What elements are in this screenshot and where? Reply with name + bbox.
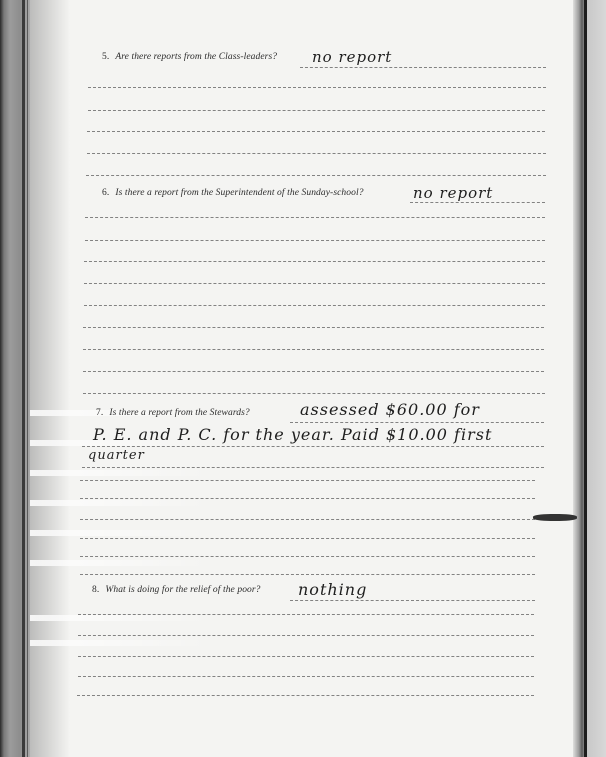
ruled-line xyxy=(410,202,545,203)
question-number: 6. xyxy=(102,188,109,198)
ruled-line xyxy=(84,261,545,262)
ruled-line xyxy=(80,519,535,520)
question-5: 5.Are there reports from the Class-leade… xyxy=(102,52,277,62)
ruled-line xyxy=(86,175,546,176)
binding-line xyxy=(22,0,25,757)
question-number: 5. xyxy=(102,52,109,62)
ruled-line xyxy=(88,87,546,88)
answer-7-line-2: P. E. and P. C. for the year. Paid $10.0… xyxy=(93,425,492,444)
page-fold-line xyxy=(584,0,587,757)
ruled-line xyxy=(80,574,535,575)
ruled-line xyxy=(290,422,544,423)
ruled-line xyxy=(80,498,535,499)
ruled-line xyxy=(77,695,534,696)
answer-7-line-1: assessed $60.00 for xyxy=(300,400,480,419)
answer-7-line-3: quarter xyxy=(88,448,145,463)
ruled-line xyxy=(78,635,534,636)
ruled-line xyxy=(83,349,544,350)
answer-6: no report xyxy=(413,184,493,202)
ruled-line xyxy=(83,327,544,328)
question-text: Are there reports from the Class-leaders… xyxy=(115,52,277,62)
ruled-line xyxy=(80,556,535,557)
scan-streak xyxy=(30,615,210,621)
ruled-line xyxy=(290,600,535,601)
ruled-line xyxy=(82,467,544,468)
ruled-line xyxy=(78,676,534,677)
ruled-line xyxy=(83,393,545,394)
ruled-line xyxy=(80,480,535,481)
answer-5: no report xyxy=(312,48,392,66)
ruled-line xyxy=(78,614,534,615)
question-7: 7.Is there a report from the Stewards? xyxy=(96,408,250,418)
ruled-line xyxy=(88,110,545,111)
question-number: 8. xyxy=(92,585,99,595)
scan-streak xyxy=(30,530,210,536)
ruled-line xyxy=(87,153,546,154)
ruled-line xyxy=(83,371,544,372)
question-text: What is doing for the relief of the poor… xyxy=(105,585,260,595)
page-edge-right xyxy=(573,0,606,757)
question-number: 7. xyxy=(96,408,103,418)
ink-blot xyxy=(533,514,577,521)
ruled-line xyxy=(84,305,545,306)
answer-8: nothing xyxy=(298,580,367,599)
ruled-line xyxy=(85,240,545,241)
scanned-page: 5.Are there reports from the Class-leade… xyxy=(0,0,606,757)
scan-streak xyxy=(30,640,210,646)
binding-edge-left xyxy=(0,0,30,757)
ruled-line xyxy=(87,131,545,132)
ruled-line xyxy=(78,656,534,657)
scan-streak xyxy=(30,560,210,566)
question-text: Is there a report from the Superintenden… xyxy=(115,188,363,198)
question-text: Is there a report from the Stewards? xyxy=(109,408,249,418)
scan-streak xyxy=(30,500,210,506)
ruled-line xyxy=(82,446,544,447)
binding-line-thin xyxy=(27,0,28,757)
ruled-line xyxy=(80,538,535,539)
question-8: 8.What is doing for the relief of the po… xyxy=(92,585,261,595)
question-6: 6.Is there a report from the Superintend… xyxy=(102,188,364,198)
ruled-line xyxy=(84,283,545,284)
ruled-line xyxy=(85,217,545,218)
scan-streak xyxy=(30,470,210,476)
ruled-line xyxy=(300,67,546,68)
